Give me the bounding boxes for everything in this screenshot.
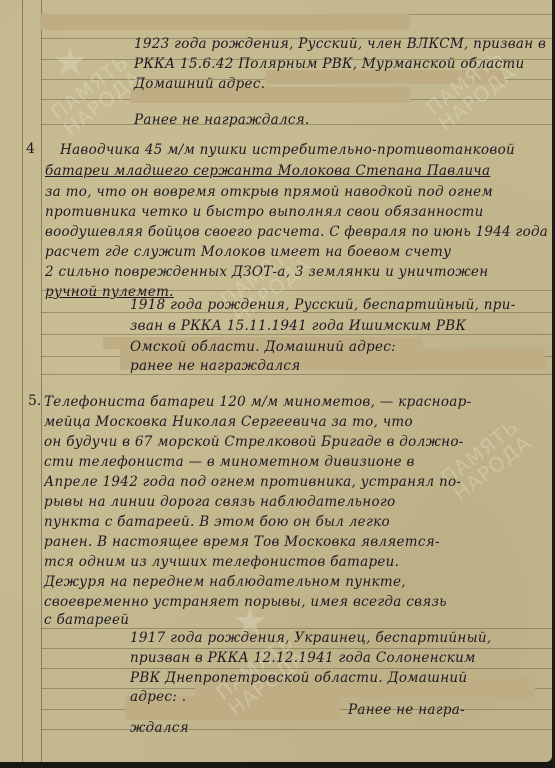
citation-line: пункта с батареей. В этом бою он был лег…	[44, 514, 390, 530]
citation-line: тся одним из лучших телефонистов батареи…	[44, 554, 399, 570]
citation-line: он будучи в 67 морской Стрелковой Бригад…	[44, 434, 464, 450]
ruled-line	[41, 729, 552, 730]
entry-number: 5.	[28, 393, 41, 409]
bio-line: РККА 15.6.42 Полярным РВК, Мурманской об…	[134, 56, 525, 72]
citation-line: Наводчика 45 м/м пушки истребительно-про…	[60, 142, 515, 158]
bio-line: зван в РККА 15.11.1941 года Ишимским РВК	[130, 318, 466, 334]
award-note: Ранее не награждался.	[134, 112, 310, 128]
award-note: ранее не награждался	[130, 358, 301, 374]
redaction-bar	[40, 14, 410, 30]
ruled-line	[41, 628, 552, 629]
entry-number: 4	[26, 141, 35, 157]
citation-line: батареи младшего сержанта Молокова Степа…	[45, 163, 490, 179]
citation-line: рывы на линии дорога связь наблюдательно…	[44, 494, 395, 510]
watermark: ПАМЯТЬ НАРОДА	[437, 416, 534, 504]
bio-line: Домашний адрес.	[134, 76, 265, 92]
citation-line: ранен. В настоящее время Тов Московка яв…	[44, 534, 440, 550]
citation-line: сти телефониста — в минометном дивизионе…	[44, 454, 415, 470]
citation-line: за то, что он вовремя открыв прямой наво…	[45, 184, 493, 200]
bio-line: 1917 года рождения, Украинец, беспартийн…	[130, 630, 492, 646]
award-note: Ранее не награ-	[348, 702, 465, 718]
citation-line: мейца Московка Николая Сергеевича за то,…	[44, 414, 413, 430]
citation-line: Апреле 1942 года под огнем противника, у…	[44, 474, 461, 490]
citation-line: Дежуря на переднем наблюдательном пункте…	[44, 574, 406, 590]
bio-line: 1923 года рождения, Русский, член ВЛКСМ,…	[134, 36, 546, 52]
award-note: ждался	[130, 720, 189, 736]
citation-line: 2 сильно поврежденных ДЗОТ-а, 3 землянки…	[45, 264, 488, 280]
bio-line: Омской области. Домашний адрес:	[130, 339, 396, 355]
citation-line: воодушевляя бойцов своего расчета. С фев…	[45, 224, 548, 240]
citation-line: противника четко и быстро выполнял свои …	[45, 204, 484, 220]
bio-line: адрес: .	[130, 689, 186, 705]
bio-line: 1918 года рождения, Русский, беспартийны…	[130, 297, 516, 313]
citation-line: с батареей	[44, 612, 129, 628]
bio-line: призван в РККА 12.12.1941 года Солоненск…	[130, 650, 476, 666]
citation-line: Телефониста батареи 120 м/м минометов, —…	[44, 394, 471, 410]
ruled-line	[41, 334, 552, 335]
bio-line: РВК Днепропетровской области. Домашний	[130, 670, 467, 686]
margin-rule-left	[22, 0, 23, 762]
ruled-line	[41, 374, 552, 375]
citation-line: своевременно устраняет порывы, имея всег…	[44, 594, 447, 610]
document-page: ★ ПАМЯТЬ НАРОДА ПАМЯТЬ НАРОДА ПАМЯТЬ НАР…	[0, 0, 552, 762]
citation-line: расчет где служит Молоков имеет на боево…	[45, 244, 451, 260]
